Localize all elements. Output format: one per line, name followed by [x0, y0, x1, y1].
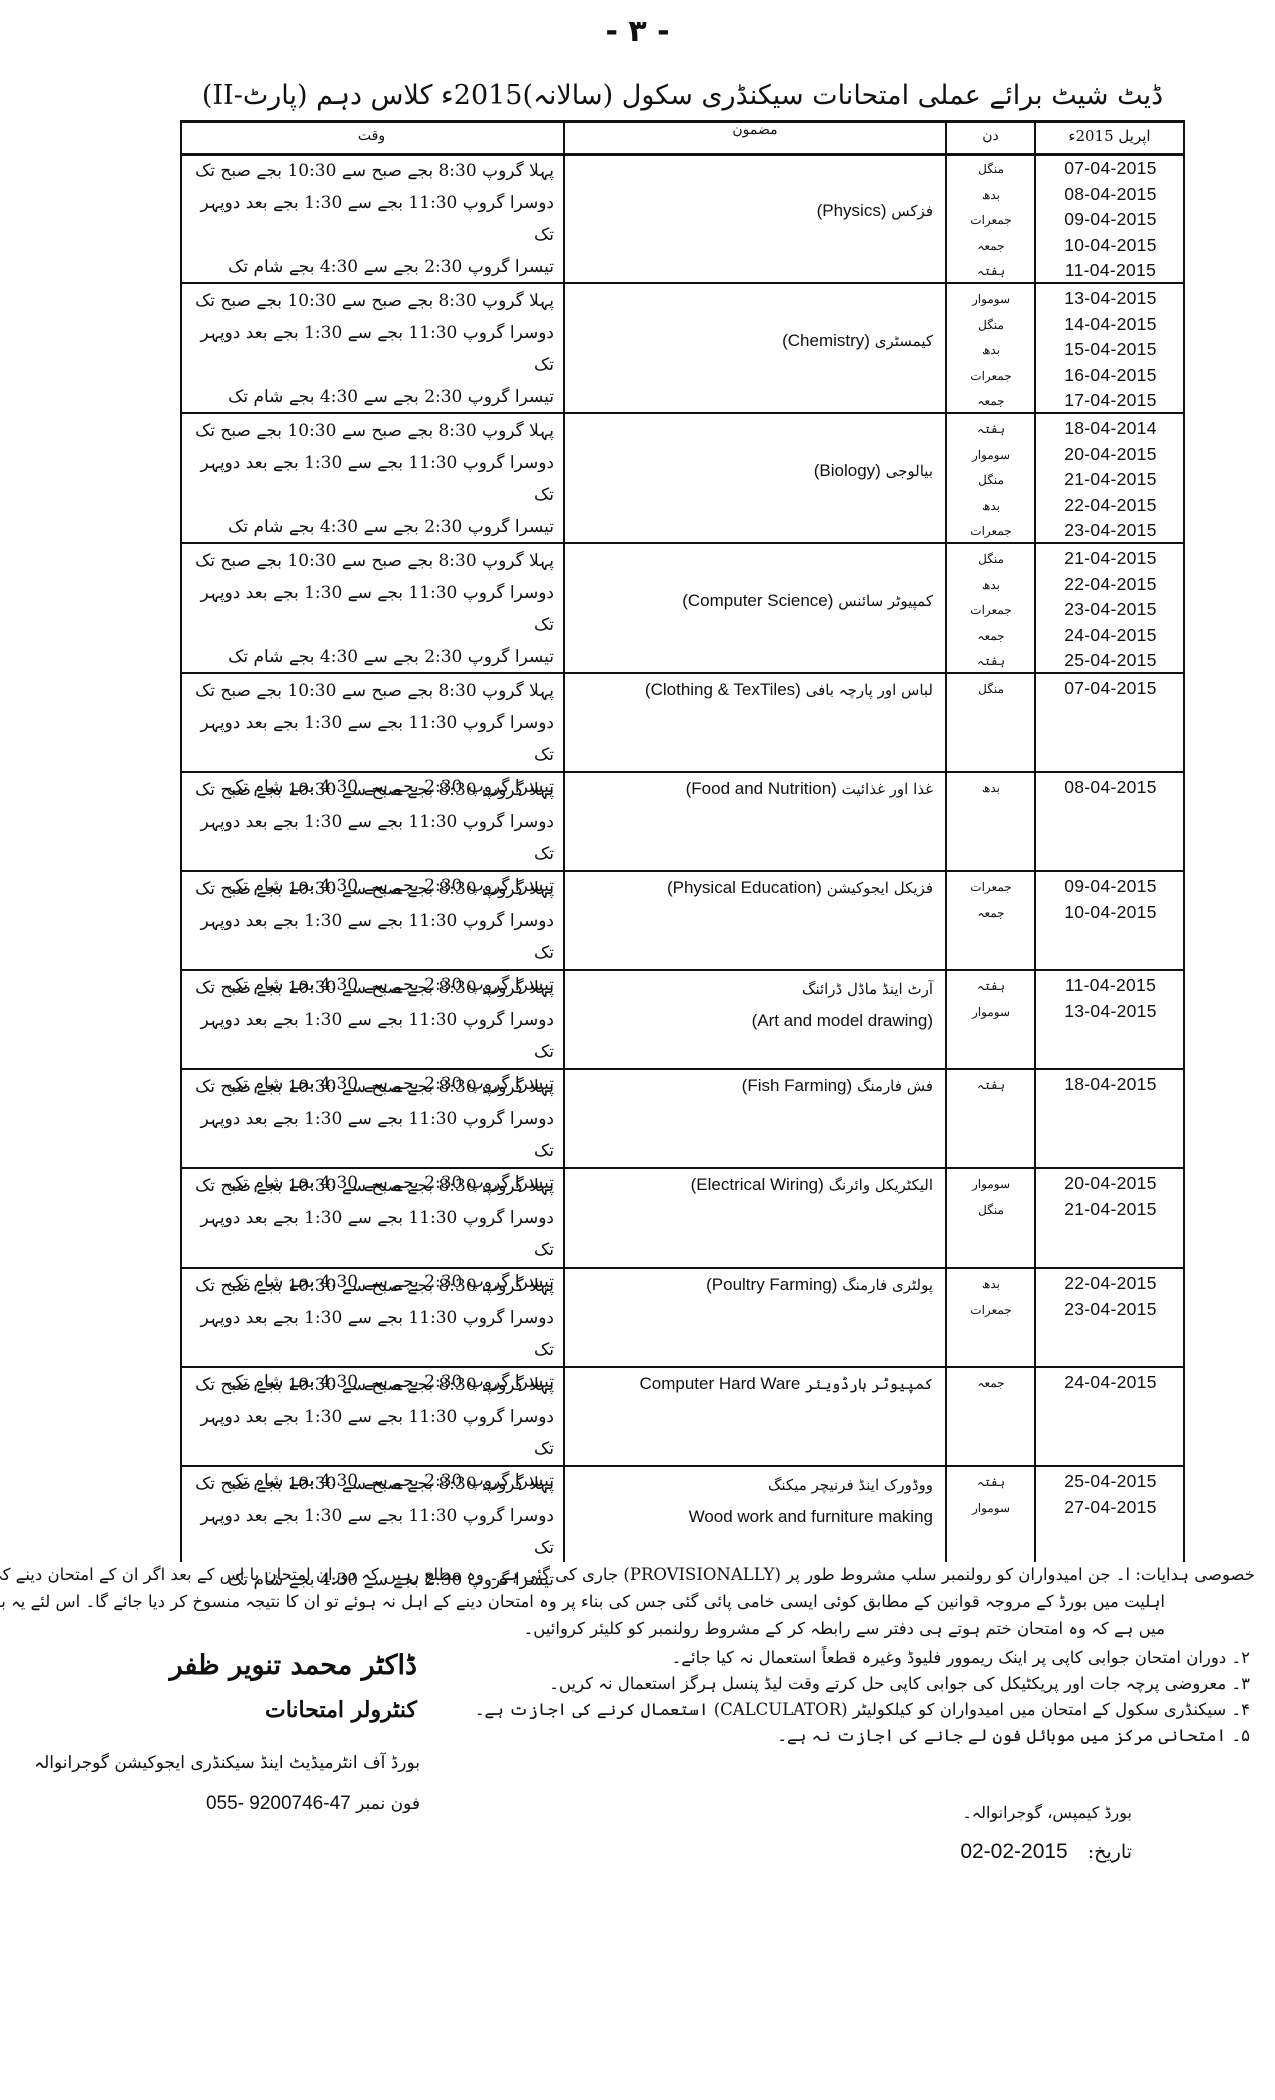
- day-name: ہفتہ: [947, 649, 1035, 675]
- issue-date: تاریخ: 02-02-2015: [960, 1840, 1132, 1864]
- table-row: پہلا گروپ 8:30 بجے صبح سے 10:30 بجے صبح …: [180, 1168, 1185, 1268]
- exam-date: 20-04-2015: [1036, 442, 1185, 468]
- board-phone: فون نمبر 055- 9200746-47: [206, 1793, 420, 1815]
- time-slot: تیسرا گروپ 2:30 بجے سے 4:30 بجے شام تک: [184, 511, 554, 543]
- office-location: بورڈ کیمپس، گوجرانوالہ۔: [962, 1803, 1132, 1822]
- day-name: بدھ: [947, 494, 1035, 520]
- day-name: بدھ: [947, 776, 1035, 802]
- subject-cell: بیالوجی (Biology): [566, 458, 941, 484]
- day-name: بدھ: [947, 338, 1035, 364]
- day-name: منگل: [947, 157, 1035, 183]
- date-value: 02-02-2015: [960, 1840, 1067, 1863]
- date-label: تاریخ:: [1088, 1841, 1132, 1863]
- subject-cell: کیمسٹری (Chemistry): [566, 328, 941, 354]
- exam-date: 17-04-2015: [1036, 388, 1185, 414]
- date-cell: 22-04-201523-04-2015: [1036, 1271, 1185, 1322]
- time-slot: دوسرا گروپ 11:30 بجے سے 1:30 بجے بعد دوپ…: [184, 187, 554, 251]
- time-slot: پہلا گروپ 8:30 بجے صبح سے 10:30 بجے صبح …: [184, 1170, 554, 1202]
- exam-date: 09-04-2015: [1036, 874, 1185, 900]
- subject-cell: پولٹری فارمنگ (Poultry Farming): [566, 1272, 941, 1298]
- exam-date: 14-04-2015: [1036, 312, 1185, 338]
- table-row: پہلا گروپ 8:30 بجے صبح سے 10:30 بجے صبح …: [180, 871, 1185, 970]
- day-name: ہفتہ: [947, 974, 1035, 1000]
- table-row: پہلا گروپ 8:30 بجے صبح سے 10:30 بجے صبح …: [180, 413, 1185, 543]
- day-name: جمعرات: [947, 875, 1035, 901]
- time-slot: پہلا گروپ 8:30 بجے صبح سے 10:30 بجے صبح …: [184, 285, 554, 317]
- day-name: جمعرات: [947, 519, 1035, 545]
- exam-date: 25-04-2015: [1036, 1469, 1185, 1495]
- subject-english: Wood work and furniture making: [566, 1504, 933, 1530]
- time-slot: دوسرا گروپ 11:30 بجے سے 1:30 بجے بعد دوپ…: [184, 447, 554, 511]
- subject-english: (Poultry Farming): [706, 1275, 837, 1294]
- time-slot: دوسرا گروپ 11:30 بجے سے 1:30 بجے بعد دوپ…: [184, 707, 554, 771]
- date-cell: 24-04-2015: [1036, 1370, 1185, 1396]
- header-time: وقت: [180, 120, 563, 153]
- exam-date: 22-04-2015: [1036, 1271, 1185, 1297]
- time-slot: پہلا گروپ 8:30 بجے صبح سے 10:30 بجے صبح …: [184, 675, 554, 707]
- time-slot: دوسرا گروپ 11:30 بجے سے 1:30 بجے بعد دوپ…: [184, 1103, 554, 1167]
- exam-date: 21-04-2015: [1036, 546, 1185, 572]
- day-name: جمعرات: [947, 1298, 1035, 1324]
- time-slot: پہلا گروپ 8:30 بجے صبح سے 10:30 بجے صبح …: [184, 1369, 554, 1401]
- time-slot: پہلا گروپ 8:30 بجے صبح سے 10:30 بجے صبح …: [184, 1071, 554, 1103]
- day-name: منگل: [947, 547, 1035, 573]
- subject-cell: کمپیوٹر سائنس (Computer Science): [566, 588, 941, 614]
- date-cell: 08-04-2015: [1036, 775, 1185, 801]
- exam-date: 23-04-2015: [1036, 518, 1185, 544]
- exam-date: 22-04-2015: [1036, 493, 1185, 519]
- phone-label: فون نمبر: [356, 1794, 420, 1814]
- subject-urdu: کمپیوٹر سائنس: [838, 592, 933, 610]
- header-day: دن: [947, 120, 1034, 153]
- subject-cell: فزیکل ایجوکیشن (Physical Education): [566, 875, 941, 901]
- subject-english: (Electrical Wiring): [691, 1175, 824, 1194]
- table-row: پہلا گروپ 8:30 بجے صبح سے 10:30 بجے صبح …: [180, 1268, 1185, 1367]
- time-slot: دوسرا گروپ 11:30 بجے سے 1:30 بجے بعد دوپ…: [184, 905, 554, 969]
- time-slot: دوسرا گروپ 11:30 بجے سے 1:30 بجے بعد دوپ…: [184, 1401, 554, 1465]
- table-row: پہلا گروپ 8:30 بجے صبح سے 10:30 بجے صبح …: [180, 153, 1185, 283]
- subject-english: (Food and Nutrition): [686, 779, 837, 798]
- signatory-designation: کنٹرولر امتحانات: [265, 1697, 417, 1723]
- exam-date: 09-04-2015: [1036, 207, 1185, 233]
- subject-english: (Physics): [817, 201, 887, 220]
- day-name: سوموار: [947, 443, 1035, 469]
- time-slot: پہلا گروپ 8:30 بجے صبح سے 10:30 بجے صبح …: [184, 545, 554, 577]
- exam-date: 21-04-2015: [1036, 467, 1185, 493]
- header-date: اپریل 2015ء: [1036, 120, 1183, 153]
- exam-date: 18-04-2015: [1036, 1072, 1185, 1098]
- exam-date: 24-04-2015: [1036, 1370, 1185, 1396]
- exam-date: 11-04-2015: [1036, 258, 1185, 284]
- table-row: پہلا گروپ 8:30 بجے صبح سے 10:30 بجے صبح …: [180, 543, 1185, 673]
- instruction-line-2: اہلیت میں بورڈ کے مروجہ قوانین کے مطابق …: [0, 1589, 1165, 1615]
- date-cell: 13-04-201514-04-201515-04-201516-04-2015…: [1036, 286, 1185, 414]
- day-cell: سوموارمنگلبدھجمعراتجمعہ: [947, 287, 1035, 415]
- date-cell: 11-04-201513-04-2015: [1036, 973, 1185, 1024]
- day-cell: ہفتہ: [947, 1073, 1035, 1099]
- subject-cell: کمپیوٹر ہارڈویئر Computer Hard Ware: [566, 1371, 941, 1397]
- day-name: جمعہ: [947, 234, 1035, 260]
- date-cell: 18-04-2015: [1036, 1072, 1185, 1098]
- time-slot: دوسرا گروپ 11:30 بجے سے 1:30 بجے بعد دوپ…: [184, 317, 554, 381]
- exam-date: 20-04-2015: [1036, 1171, 1185, 1197]
- day-name: بدھ: [947, 183, 1035, 209]
- phone-number: 055- 9200746-47: [206, 1793, 351, 1814]
- subject-urdu: کیمسٹری: [875, 332, 933, 350]
- day-name: بدھ: [947, 1272, 1035, 1298]
- day-cell: ہفتہسوموارمنگلبدھجمعرات: [947, 417, 1035, 545]
- subject-english: (Computer Science): [682, 591, 833, 610]
- exam-date: 16-04-2015: [1036, 363, 1185, 389]
- subject-cell: ووڈورک اینڈ فرنیچر میکنگWood work and fu…: [566, 1472, 941, 1530]
- day-cell: بدھجمعرات: [947, 1272, 1035, 1323]
- time-slot: پہلا گروپ 8:30 بجے صبح سے 10:30 بجے صبح …: [184, 873, 554, 905]
- subject-cell: الیکٹریکل وائرنگ (Electrical Wiring): [566, 1172, 941, 1198]
- day-name: منگل: [947, 313, 1035, 339]
- time-slot: دوسرا گروپ 11:30 بجے سے 1:30 بجے بعد دوپ…: [184, 577, 554, 641]
- day-name: سوموار: [947, 1496, 1035, 1522]
- exam-date: 13-04-2015: [1036, 286, 1185, 312]
- time-slot: پہلا گروپ 8:30 بجے صبح سے 10:30 بجے صبح …: [184, 155, 554, 187]
- subject-urdu: پولٹری فارمنگ: [842, 1276, 933, 1294]
- day-cell: منگلبدھجمعراتجمعہہفتہ: [947, 547, 1035, 675]
- table-row: پہلا گروپ 8:30 بجے صبح سے 10:30 بجے صبح …: [180, 673, 1185, 772]
- day-name: سوموار: [947, 287, 1035, 313]
- time-slot: دوسرا گروپ 11:30 بجے سے 1:30 بجے بعد دوپ…: [184, 1004, 554, 1068]
- table-row: پہلا گروپ 8:30 بجے صبح سے 10:30 بجے صبح …: [180, 970, 1185, 1069]
- subject-cell: غذا اور غذائیت (Food and Nutrition): [566, 776, 941, 802]
- day-name: سوموار: [947, 1000, 1035, 1026]
- exam-date: 10-04-2015: [1036, 900, 1185, 926]
- instruction-item-5: ۵۔ امتحانی مرکز میں موبائل فون لے جانے ک…: [777, 1723, 1250, 1749]
- subject-urdu: لباس اور پارچہ بافی: [806, 681, 933, 699]
- date-cell: 21-04-201522-04-201523-04-201524-04-2015…: [1036, 546, 1185, 674]
- subject-cell: فزکس (Physics): [566, 198, 941, 224]
- day-name: ہفتہ: [947, 1470, 1035, 1496]
- day-cell: بدھ: [947, 776, 1035, 802]
- day-name: منگل: [947, 677, 1035, 703]
- instruction-item-4: ۴۔ سیکنڈری سکول کے امتحان میں امیدواران …: [475, 1697, 1250, 1723]
- board-name: بورڈ آف انٹرمیڈیٹ اینڈ سیکنڈری ایجوکیشن …: [34, 1752, 420, 1773]
- exam-date: 11-04-2015: [1036, 973, 1185, 999]
- exam-date: 25-04-2015: [1036, 648, 1185, 674]
- exam-date: 21-04-2015: [1036, 1197, 1185, 1223]
- table-row: پہلا گروپ 8:30 بجے صبح سے 10:30 بجے صبح …: [180, 1069, 1185, 1168]
- day-cell: جمعہ: [947, 1371, 1035, 1397]
- time-slot: پہلا گروپ 8:30 بجے صبح سے 10:30 بجے صبح …: [184, 774, 554, 806]
- subject-urdu: کمپیوٹر ہارڈویئر: [805, 1375, 933, 1393]
- exam-date: 23-04-2015: [1036, 1297, 1185, 1323]
- exam-date: 18-04-2014: [1036, 416, 1185, 442]
- header-subject: مضمون: [565, 120, 945, 153]
- subject-urdu: غذا اور غذائیت: [842, 780, 933, 798]
- day-name: ہفتہ: [947, 1073, 1035, 1099]
- exam-date: 22-04-2015: [1036, 572, 1185, 598]
- exam-date: 07-04-2015: [1036, 156, 1185, 182]
- day-name: بدھ: [947, 573, 1035, 599]
- exam-date: 10-04-2015: [1036, 233, 1185, 259]
- subject-urdu: الیکٹریکل وائرنگ: [829, 1176, 933, 1194]
- time-slot: دوسرا گروپ 11:30 بجے سے 1:30 بجے بعد دوپ…: [184, 806, 554, 870]
- day-name: جمعہ: [947, 624, 1035, 650]
- day-name: ہفتہ: [947, 417, 1035, 443]
- subject-english: Computer Hard Ware: [639, 1374, 800, 1393]
- subject-english: (Art and model drawing): [566, 1008, 933, 1034]
- subject-urdu: فش فارمنگ: [857, 1077, 933, 1095]
- date-cell: 07-04-201508-04-201509-04-201510-04-2015…: [1036, 156, 1185, 284]
- date-sheet-table: وقت مضمون دن اپریل 2015ء پہلا گروپ 8:30 …: [180, 120, 1185, 1562]
- time-slot: پہلا گروپ 8:30 بجے صبح سے 10:30 بجے صبح …: [184, 1270, 554, 1302]
- subject-urdu: بیالوجی: [886, 462, 933, 480]
- date-cell: 18-04-201420-04-201521-04-201522-04-2015…: [1036, 416, 1185, 544]
- page-number: - ۳ -: [0, 14, 1275, 49]
- table-row: پہلا گروپ 8:30 بجے صبح سے 10:30 بجے صبح …: [180, 772, 1185, 871]
- exam-date: 08-04-2015: [1036, 775, 1185, 801]
- time-cell: پہلا گروپ 8:30 بجے صبح سے 10:30 بجے صبح …: [184, 545, 560, 673]
- time-slot: دوسرا گروپ 11:30 بجے سے 1:30 بجے بعد دوپ…: [184, 1202, 554, 1266]
- table-row: پہلا گروپ 8:30 بجے صبح سے 10:30 بجے صبح …: [180, 1367, 1185, 1466]
- time-slot: تیسرا گروپ 2:30 بجے سے 4:30 بجے شام تک: [184, 381, 554, 413]
- day-cell: ہفتہسوموار: [947, 974, 1035, 1025]
- table-row: پہلا گروپ 8:30 بجے صبح سے 10:30 بجے صبح …: [180, 1466, 1185, 1562]
- instruction-line-1: خصوصی ہدایات: ا۔ جن امیدواران کو رولنمبر…: [0, 1562, 1255, 1588]
- day-cell: منگل: [947, 677, 1035, 703]
- subject-english: (Chemistry): [782, 331, 870, 350]
- exam-date: 27-04-2015: [1036, 1495, 1185, 1521]
- day-cell: جمعراتجمعہ: [947, 875, 1035, 926]
- instruction-item-2: ۲۔ دوران امتحان جوابی کاپی پر اینک ریموو…: [672, 1645, 1250, 1671]
- day-name: جمعرات: [947, 364, 1035, 390]
- exam-date: 13-04-2015: [1036, 999, 1185, 1025]
- date-cell: 07-04-2015: [1036, 676, 1185, 702]
- time-slot: تیسرا گروپ 2:30 بجے سے 4:30 بجے شام تک: [184, 251, 554, 283]
- date-cell: 09-04-201510-04-2015: [1036, 874, 1185, 925]
- exam-date: 24-04-2015: [1036, 623, 1185, 649]
- signatory-name: ڈاکٹر محمد تنویر ظفر: [170, 1650, 417, 1681]
- time-slot: تیسرا گروپ 2:30 بجے سے 4:30 بجے شام تک: [184, 641, 554, 673]
- day-name: سوموار: [947, 1172, 1035, 1198]
- day-cell: ہفتہسوموار: [947, 1470, 1035, 1521]
- subject-english: (Clothing & TexTiles): [645, 680, 801, 699]
- day-name: جمعہ: [947, 1371, 1035, 1397]
- exam-date: 15-04-2015: [1036, 337, 1185, 363]
- day-name: منگل: [947, 1198, 1035, 1224]
- time-cell: پہلا گروپ 8:30 بجے صبح سے 10:30 بجے صبح …: [184, 285, 560, 413]
- time-cell: پہلا گروپ 8:30 بجے صبح سے 10:30 بجے صبح …: [184, 415, 560, 543]
- day-name: جمعہ: [947, 389, 1035, 415]
- day-name: ہفتہ: [947, 259, 1035, 285]
- time-slot: پہلا گروپ 8:30 بجے صبح سے 10:30 بجے صبح …: [184, 1468, 554, 1500]
- subject-english: (Fish Farming): [742, 1076, 853, 1095]
- time-slot: دوسرا گروپ 11:30 بجے سے 1:30 بجے بعد دوپ…: [184, 1500, 554, 1564]
- day-name: جمعرات: [947, 598, 1035, 624]
- subject-urdu: آرٹ اینڈ ماڈل ڈرائنگ: [566, 976, 933, 1002]
- exam-date: 23-04-2015: [1036, 597, 1185, 623]
- exam-date: 07-04-2015: [1036, 676, 1185, 702]
- exam-date: 08-04-2015: [1036, 182, 1185, 208]
- subject-cell: آرٹ اینڈ ماڈل ڈرائنگ(Art and model drawi…: [566, 976, 941, 1034]
- day-name: جمعہ: [947, 901, 1035, 927]
- subject-english: (Biology): [814, 461, 881, 480]
- subject-cell: فش فارمنگ (Fish Farming): [566, 1073, 941, 1099]
- time-slot: پہلا گروپ 8:30 بجے صبح سے 10:30 بجے صبح …: [184, 415, 554, 447]
- time-slot: دوسرا گروپ 11:30 بجے سے 1:30 بجے بعد دوپ…: [184, 1302, 554, 1366]
- subject-urdu: فزیکل ایجوکیشن: [827, 879, 933, 897]
- date-cell: 20-04-201521-04-2015: [1036, 1171, 1185, 1222]
- table-row: پہلا گروپ 8:30 بجے صبح سے 10:30 بجے صبح …: [180, 283, 1185, 413]
- day-name: جمعرات: [947, 208, 1035, 234]
- day-cell: منگلبدھجمعراتجمعہہفتہ: [947, 157, 1035, 285]
- time-slot: پہلا گروپ 8:30 بجے صبح سے 10:30 بجے صبح …: [184, 972, 554, 1004]
- day-cell: سوموارمنگل: [947, 1172, 1035, 1223]
- subject-urdu: ووڈورک اینڈ فرنیچر میکنگ: [566, 1472, 933, 1498]
- instruction-line-3: میں ہے کہ وہ امتحان ختم ہوتے ہی دفتر سے …: [524, 1616, 1165, 1642]
- subject-urdu: فزکس: [891, 202, 933, 220]
- subject-cell: لباس اور پارچہ بافی (Clothing & TexTiles…: [566, 677, 941, 703]
- instruction-item-3: ۳۔ معروضی پرچہ جات اور پریکٹیکل کی جوابی…: [549, 1671, 1250, 1697]
- subject-english: (Physical Education): [667, 878, 822, 897]
- page-title: ڈیٹ شیٹ برائے عملی امتحانات سیکنڈری سکول…: [180, 80, 1185, 111]
- time-cell: پہلا گروپ 8:30 بجے صبح سے 10:30 بجے صبح …: [184, 155, 560, 283]
- day-name: منگل: [947, 468, 1035, 494]
- date-cell: 25-04-201527-04-2015: [1036, 1469, 1185, 1520]
